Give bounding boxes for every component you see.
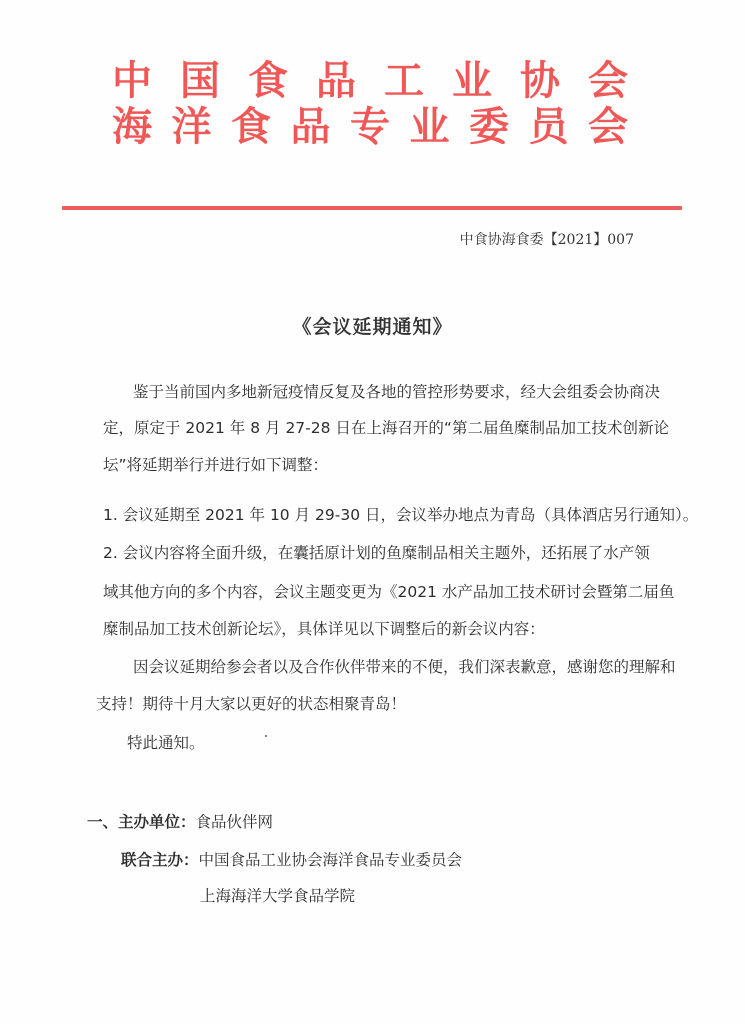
- item-2-line-1: 2. 会议内容将全面升级，在囊括原计划的鱼糜制品相关主题外，还拓展了水产领: [103, 541, 650, 563]
- organizer-host: 食品伙伴网: [196, 813, 274, 831]
- letterhead-char: 品: [289, 104, 333, 150]
- letterhead-char: 员: [527, 104, 571, 150]
- letterhead-char: 海: [110, 104, 154, 150]
- letterhead-char: 食: [246, 58, 290, 104]
- letterhead-char: 食: [229, 104, 273, 150]
- letterhead-char: 协: [518, 58, 562, 104]
- letterhead-char: 业: [408, 104, 452, 150]
- letterhead-char: 会: [586, 104, 630, 150]
- letterhead-char: 品: [314, 58, 358, 104]
- co-host-2: 上海海洋大学食品学院: [200, 884, 355, 906]
- apology-line-1: 因会议延期给参会者以及合作伙伴带来的不便，我们深表歉意，感谢您的理解和: [133, 655, 676, 677]
- item-2-line-2: 域其他方向的多个内容，会议主题变更为《2021 水产品加工技术研讨会暨第二届鱼: [103, 580, 674, 602]
- letterhead-char: 工: [382, 58, 426, 104]
- letterhead-char: 洋: [170, 104, 214, 150]
- organizer-section-label: 一、主办单位：: [87, 813, 196, 831]
- item-2-line-3: 糜制品加工技术创新论坛》，具体详见以下调整后的新会议内容：: [103, 617, 545, 639]
- letterhead-char: 委: [467, 104, 511, 150]
- closing-line: 特此通知。: [127, 731, 205, 753]
- document-title: 《会议延期通知》: [0, 312, 745, 339]
- co-host-1: 中国食品工业协会海洋食品专业委员会: [199, 851, 463, 869]
- intro-line-1: 鉴于当前国内多地新冠疫情反复及各地的管控形势要求，经大会组委会协商决: [133, 380, 660, 402]
- letterhead-line-1: 中 国 食 品 工 业 协 会: [110, 58, 630, 104]
- scan-speck: [265, 735, 267, 737]
- intro-line-2: 定，原定于 2021 年 8 月 27-28 日在上海召开的“第二届鱼糜制品加工…: [103, 416, 669, 438]
- letterhead-char: 会: [586, 58, 630, 104]
- letterhead-char: 中: [110, 58, 154, 104]
- co-host-row: 联合主办：中国食品工业协会海洋食品专业委员会: [121, 848, 462, 870]
- letterhead-line-2: 海 洋 食 品 专 业 委 员 会: [110, 104, 630, 150]
- document-number: 中食协海食委【2021】007: [460, 229, 634, 249]
- letterhead-char: 业: [450, 58, 494, 104]
- co-host-label: 联合主办：: [121, 851, 199, 869]
- document-page: 中 国 食 品 工 业 协 会 海 洋 食 品 专 业 委 员 会 中食协海食委…: [0, 0, 745, 1024]
- organizer-host-row: 一、主办单位：食品伙伴网: [87, 810, 273, 832]
- letterhead-char: 国: [178, 58, 222, 104]
- letterhead-divider: [62, 206, 682, 210]
- apology-line-2: 支持！期待十月大家以更好的状态相聚青岛！: [96, 692, 406, 714]
- letterhead-char: 专: [348, 104, 392, 150]
- intro-line-3: 坛”将延期举行并进行如下调整：: [103, 453, 328, 475]
- item-1: 1. 会议延期至 2021 年 10 月 29-30 日，会议举办地点为青岛（具…: [103, 503, 698, 525]
